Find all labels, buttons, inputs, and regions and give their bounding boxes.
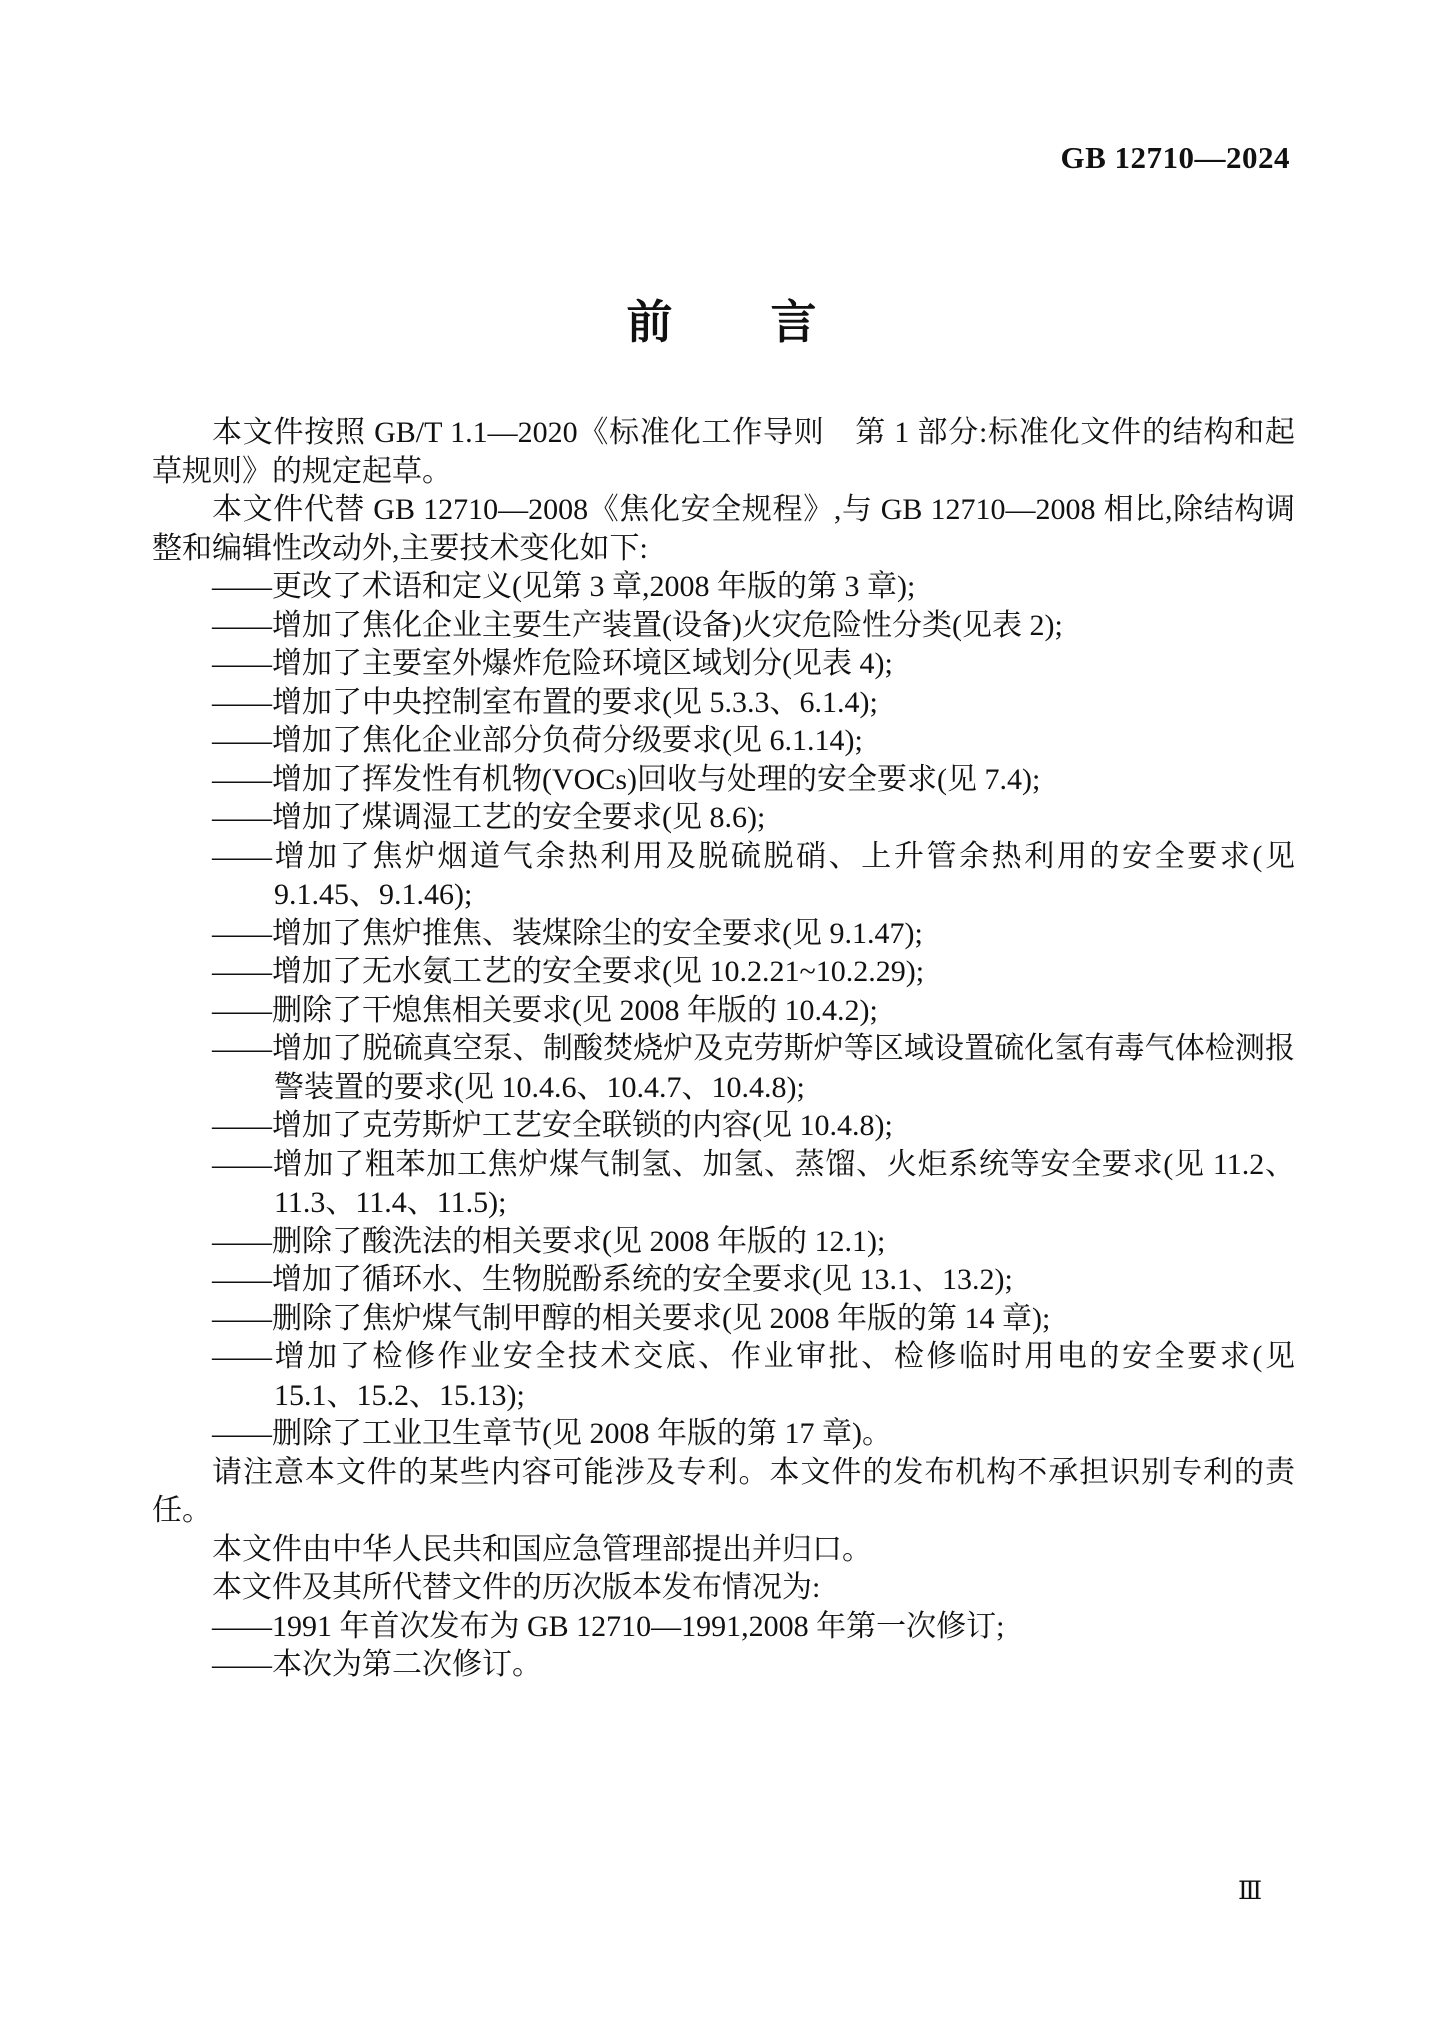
change-list-item: ——增加了焦炉烟道气余热利用及脱硫脱硝、上升管余热利用的安全要求(见 9.1.4… <box>152 838 1295 915</box>
change-list-item: ——增加了主要室外爆炸危险环境区域划分(见表 4); <box>152 645 1295 684</box>
standard-code: GB 12710—2024 <box>1060 140 1290 176</box>
change-list-item: ——增加了脱硫真空泵、制酸焚烧炉及克劳斯炉等区域设置硫化氢有毒气体检测报警装置的… <box>152 1030 1295 1107</box>
change-list-item: ——更改了术语和定义(见第 3 章,2008 年版的第 3 章); <box>152 568 1295 607</box>
change-list-item: ——增加了循环水、生物脱酚系统的安全要求(见 13.1、13.2); <box>152 1261 1295 1300</box>
change-list-item: ——删除了干熄焦相关要求(见 2008 年版的 10.4.2); <box>152 992 1295 1031</box>
change-list-item: ——增加了煤调湿工艺的安全要求(见 8.6); <box>152 799 1295 838</box>
change-list-item: ——1991 年首次发布为 GB 12710—1991,2008 年第一次修订; <box>152 1608 1295 1647</box>
change-list-item: ——增加了挥发性有机物(VOCs)回收与处理的安全要求(见 7.4); <box>152 761 1295 800</box>
foreword-paragraph: 本文件由中华人民共和国应急管理部提出并归口。 <box>152 1531 1295 1570</box>
change-list-item: ——删除了焦炉煤气制甲醇的相关要求(见 2008 年版的第 14 章); <box>152 1300 1295 1339</box>
change-list-item: ——增加了克劳斯炉工艺安全联锁的内容(见 10.4.8); <box>152 1107 1295 1146</box>
page-title: 前 言 <box>0 286 1445 352</box>
foreword-paragraph: 请注意本文件的某些内容可能涉及专利。本文件的发布机构不承担识别专利的责任。 <box>152 1454 1295 1531</box>
foreword-paragraph: 本文件代替 GB 12710—2008《焦化安全规程》,与 GB 12710—2… <box>152 491 1295 568</box>
change-list-item: ——本次为第二次修订。 <box>152 1646 1295 1685</box>
change-list-item: ——增加了焦炉推焦、装煤除尘的安全要求(见 9.1.47); <box>152 915 1295 954</box>
foreword-paragraph: 本文件按照 GB/T 1.1—2020《标准化工作导则 第 1 部分:标准化文件… <box>152 414 1295 491</box>
change-list-item: ——删除了酸洗法的相关要求(见 2008 年版的 12.1); <box>152 1223 1295 1262</box>
change-list-item: ——增加了焦化企业部分负荷分级要求(见 6.1.14); <box>152 722 1295 761</box>
foreword-body: 本文件按照 GB/T 1.1—2020《标准化工作导则 第 1 部分:标准化文件… <box>152 414 1295 1685</box>
foreword-paragraph: 本文件及其所代替文件的历次版本发布情况为: <box>152 1569 1295 1608</box>
change-list-item: ——增加了焦化企业主要生产装置(设备)火灾危险性分类(见表 2); <box>152 607 1295 646</box>
change-list-item: ——增加了中央控制室布置的要求(见 5.3.3、6.1.4); <box>152 684 1295 723</box>
document-page: GB 12710—2024 前 言 本文件按照 GB/T 1.1—2020《标准… <box>0 0 1445 2044</box>
change-list-item: ——增加了无水氨工艺的安全要求(见 10.2.21~10.2.29); <box>152 953 1295 992</box>
change-list-item: ——增加了检修作业安全技术交底、作业审批、检修临时用电的安全要求(见 15.1、… <box>152 1338 1295 1415</box>
page-number: Ⅲ <box>1238 1876 1262 1906</box>
change-list-item: ——删除了工业卫生章节(见 2008 年版的第 17 章)。 <box>152 1415 1295 1454</box>
change-list-item: ——增加了粗苯加工焦炉煤气制氢、加氢、蒸馏、火炬系统等安全要求(见 11.2、1… <box>152 1146 1295 1223</box>
